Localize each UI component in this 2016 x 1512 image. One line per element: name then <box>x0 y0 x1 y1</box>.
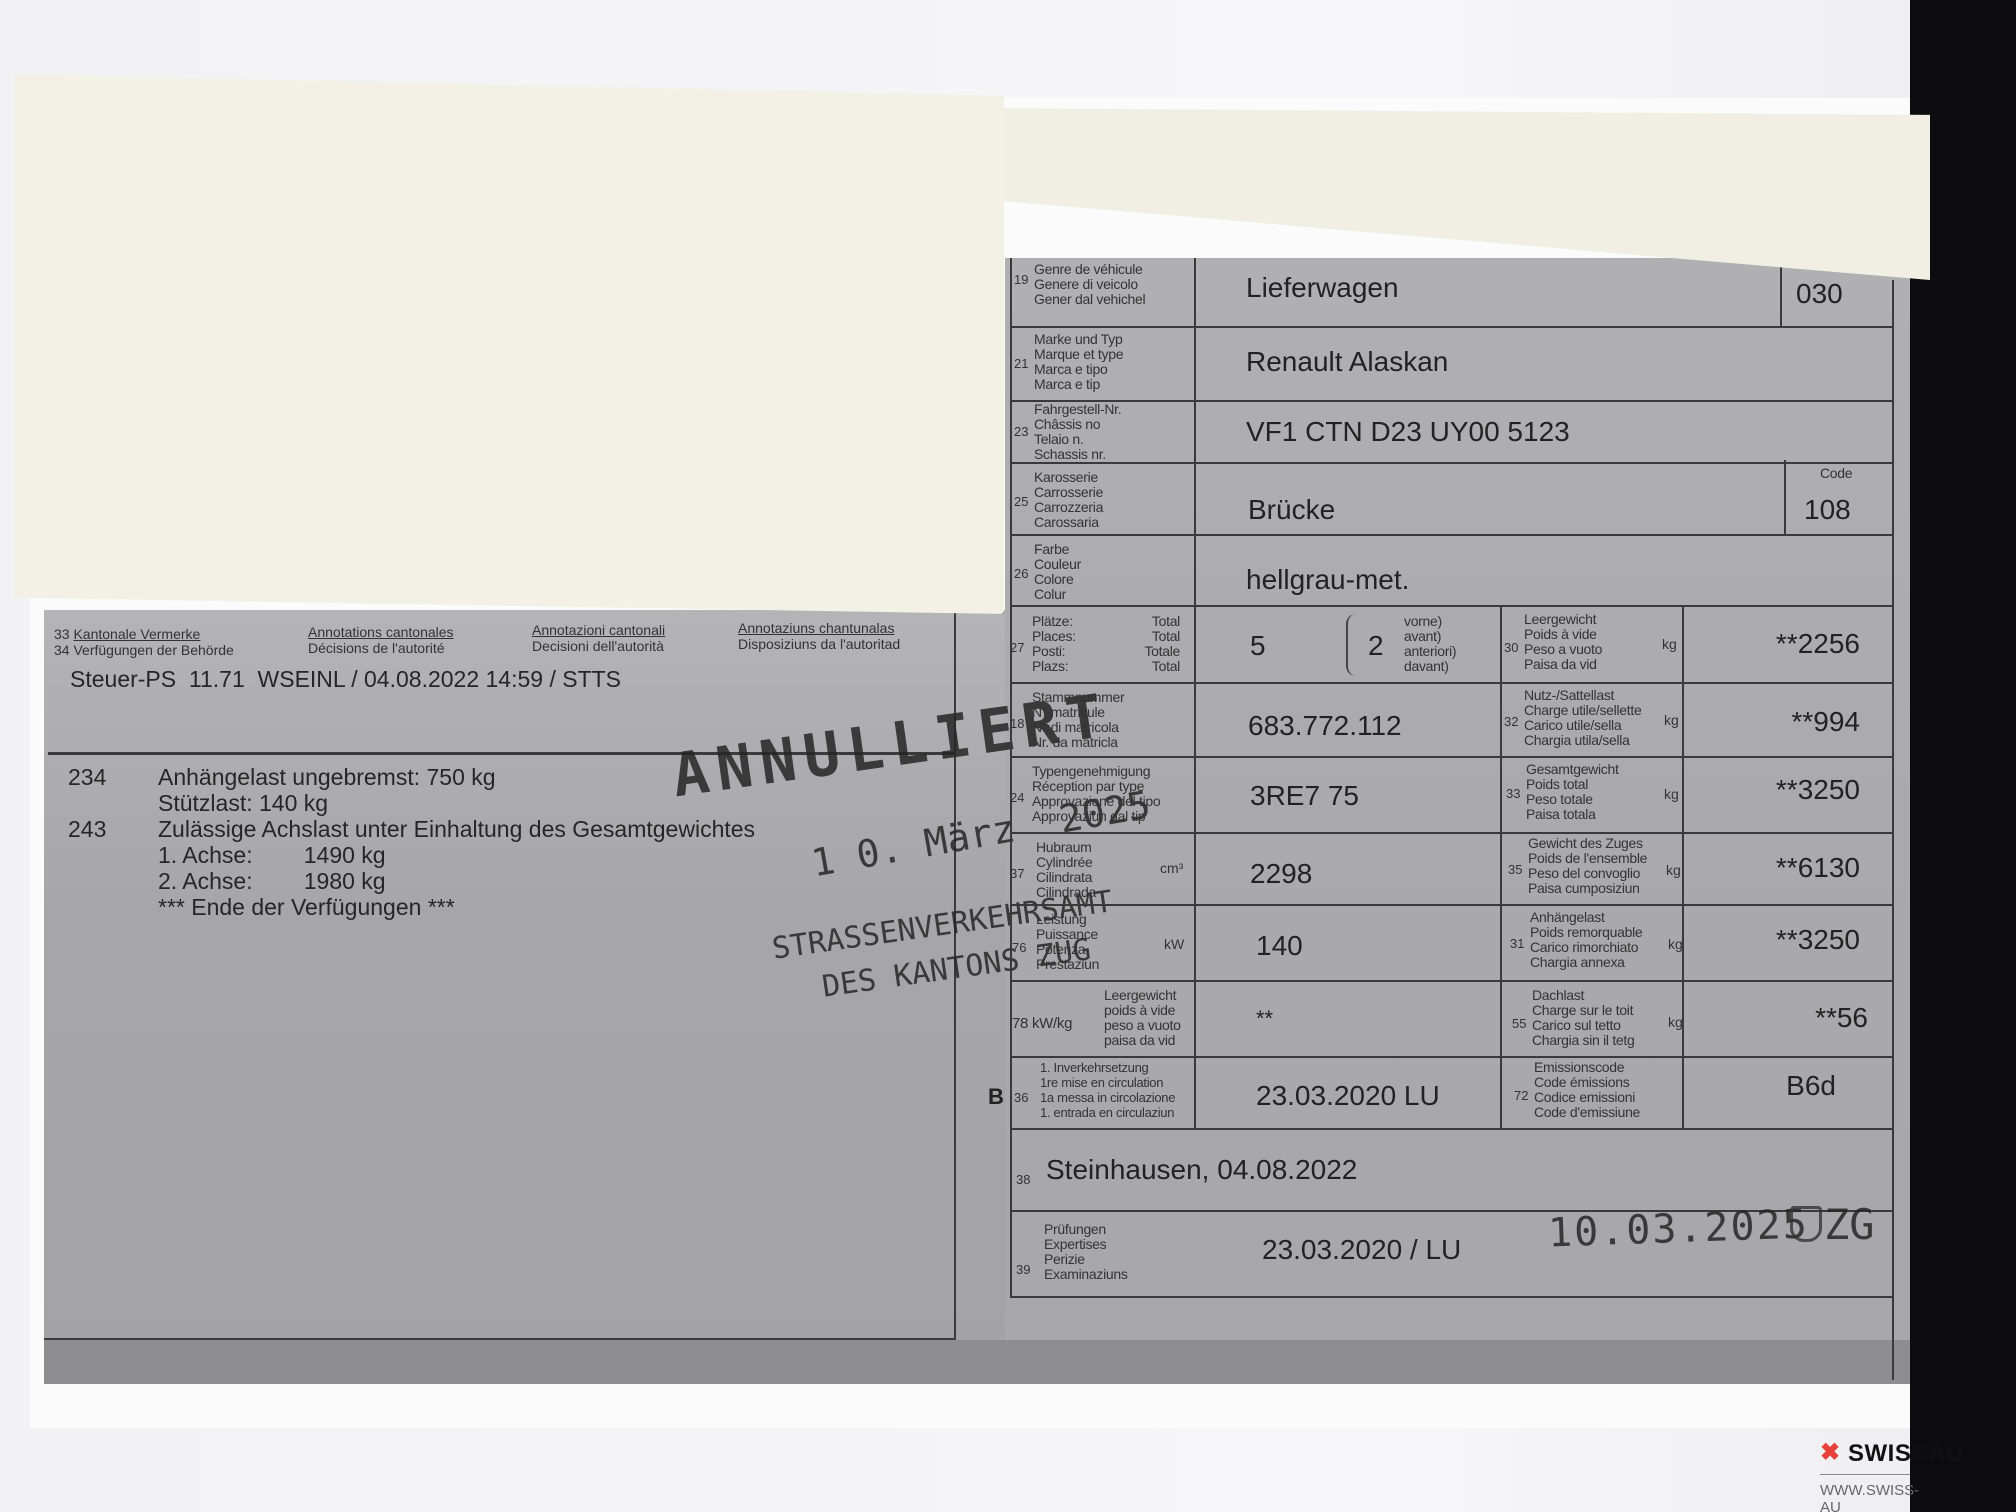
unit-kg: kg <box>1668 936 1683 952</box>
label-line: Carossaria <box>1034 515 1103 530</box>
place-date-value: Steinhausen, 04.08.2022 <box>1046 1154 1357 1186</box>
label-line: Colore <box>1034 572 1081 587</box>
label-line: 1a messa in circolazione <box>1040 1090 1175 1105</box>
watermark-brand: SWISSAU <box>1848 1440 1964 1468</box>
label-line: Puissance <box>1036 927 1099 942</box>
label-line: Cylindrée <box>1036 855 1096 870</box>
field-number: 26 <box>1014 566 1028 581</box>
annotation-text: Anhängelast ungebremst: 750 kg <box>158 764 496 790</box>
label-line: davant) <box>1404 659 1456 674</box>
label-line: Approvaziun dal tip <box>1032 809 1160 824</box>
label-line: Peso del convoglio <box>1528 866 1647 881</box>
field-27-total-labels: Total Total Totale Total <box>1140 614 1180 674</box>
train-weight-value: **6130 <box>1690 852 1860 884</box>
field-78-label: 78 kW/kg <box>1012 1016 1072 1031</box>
field-19-labels: Genre de véhicule Genere di veicolo Gene… <box>1034 262 1145 307</box>
field-21-labels: Marke und Typ Marque et type Marca e tip… <box>1034 332 1123 392</box>
annotation-text: *** Ende der Verfügungen *** <box>158 894 455 920</box>
field-27-front-labels: vorne) avant) anteriori) davant) <box>1404 614 1456 674</box>
label-line: Telaio n. <box>1034 432 1121 447</box>
label-line: peso a vuoto <box>1104 1018 1181 1033</box>
header-rm: Annotaziuns chantunalas Disposiziuns da … <box>738 620 900 652</box>
label-line: Marca e tip <box>1034 377 1123 392</box>
label-line: Prestaziun <box>1036 957 1099 972</box>
label-main: kW/kg <box>1032 1015 1072 1032</box>
divider <box>1010 1056 1894 1058</box>
brace-icon <box>1346 614 1362 676</box>
roof-load-value: **56 <box>1690 1002 1868 1034</box>
annotation-item: Stützlast: 140 kg <box>68 790 755 816</box>
header-row-33: 33 Kantonale Vermerke <box>54 626 200 642</box>
label-line: Poids remorquable <box>1530 925 1642 940</box>
gross-weight-value: **3250 <box>1690 774 1860 806</box>
divider <box>1010 605 1894 607</box>
body-code-value: 108 <box>1804 494 1851 526</box>
field-number: 32 <box>1504 714 1518 729</box>
label-line: Nr. da matricla <box>1032 735 1124 750</box>
exam-stamp-date: 10.03.2025 <box>1547 1201 1809 1256</box>
annotation-text: 2. Achse: 1980 kg <box>158 868 386 894</box>
field-27-labels: Plätze: Places: Posti: Plazs: <box>1032 614 1076 674</box>
label-line: Marca e tipo <box>1034 362 1123 377</box>
divider <box>1010 258 1012 1298</box>
annotation-text: Stützlast: 140 kg <box>158 790 328 816</box>
label-line: Paisa cumposiziun <box>1528 881 1647 896</box>
header-fr: Annotations cantonales Décisions de l'au… <box>308 624 454 656</box>
divider <box>1820 1474 1910 1475</box>
label-line: Poids à vide <box>1524 627 1602 642</box>
field-number: 24 <box>1010 790 1024 805</box>
vehicle-type-value: Lieferwagen <box>1246 272 1399 304</box>
annotation-text: 1. Achse: 1490 kg <box>158 842 386 868</box>
label-line: Paisa totala <box>1526 807 1619 822</box>
field-55-labels: Dachlast Charge sur le toit Carico sul t… <box>1532 988 1634 1048</box>
unit-kg: kg <box>1664 786 1679 802</box>
label-line: Peso totale <box>1526 792 1619 807</box>
divider <box>1010 326 1894 328</box>
divider <box>1780 258 1782 328</box>
label-line: Leistung <box>1036 912 1099 927</box>
header-it-33: Annotazioni cantonali <box>532 622 665 638</box>
field-25-labels: Karosserie Carrosserie Carrozzeria Caros… <box>1034 470 1103 530</box>
field-24-labels: Typengenehmigung Réception par type Appr… <box>1032 764 1160 824</box>
label-line: Total <box>1140 659 1180 674</box>
seats-front-value: 2 <box>1368 630 1384 662</box>
label-line: Code d'emissiune <box>1534 1105 1640 1120</box>
label-line: Carico rimorchiato <box>1530 940 1642 955</box>
divider <box>1010 904 1894 906</box>
field-number: 36 <box>1014 1090 1028 1105</box>
label-line: vorne) <box>1404 614 1456 629</box>
label-line: Gewicht des Zuges <box>1528 836 1647 851</box>
label-line: Hubraum <box>1036 840 1096 855</box>
label-line: Perizie <box>1044 1252 1128 1267</box>
label-line: Paisa da vid <box>1524 657 1602 672</box>
header-de: Kantonale Vermerke <box>73 626 200 642</box>
paper-sticker-cover <box>14 74 1004 614</box>
label-line: Approvazione del tipo <box>1032 794 1160 809</box>
label-line: Potenza <box>1036 942 1099 957</box>
field-number: 21 <box>1014 356 1028 371</box>
label-line: Cilindrada <box>1036 885 1096 900</box>
label-line: Colur <box>1034 587 1081 602</box>
label-line: Karosserie <box>1034 470 1103 485</box>
label-line: Genere di veicolo <box>1034 277 1145 292</box>
power-weight-value: ** <box>1256 1006 1273 1032</box>
field-72-labels: Emissionscode Code émissions Codice emis… <box>1534 1060 1640 1120</box>
canton-shield-icon <box>1790 1206 1822 1242</box>
field-number: 31 <box>1510 936 1524 951</box>
displacement-value: 2298 <box>1250 858 1312 890</box>
field-31-labels: Anhängelast Poids remorquable Carico rim… <box>1530 910 1642 970</box>
divider <box>1010 756 1894 758</box>
annotation-item: 234Anhängelast ungebremst: 750 kg <box>68 764 755 790</box>
divider <box>1010 682 1894 684</box>
tax-line: Steuer-PS 11.71 WSEINL / 04.08.2022 14:5… <box>70 666 621 692</box>
header-num: 34 <box>54 642 70 658</box>
inspection-value: 23.03.2020 / LU <box>1262 1234 1461 1266</box>
power-value: 140 <box>1256 930 1303 962</box>
label-line: 1. Inverkehrsetzung <box>1040 1060 1175 1075</box>
label-line: N° matricule <box>1032 705 1124 720</box>
field-35-labels: Gewicht des Zuges Poids de l'ensemble Pe… <box>1528 836 1647 896</box>
empty-weight-value: **2256 <box>1690 628 1860 660</box>
divider <box>1010 534 1894 536</box>
label-line: poids à vide <box>1104 1003 1181 1018</box>
field-number: 33 <box>1506 786 1520 801</box>
label-line: Schassis nr. <box>1034 447 1121 462</box>
header-fr-34: Décisions de l'autorité <box>308 640 454 656</box>
divider <box>1010 400 1894 402</box>
document-shadow-band <box>44 1340 1910 1384</box>
unit-kg: kg <box>1662 636 1677 652</box>
divider <box>1010 1128 1894 1130</box>
label-line: Plätze: <box>1032 614 1076 629</box>
label-line: Fahrgestell-Nr. <box>1034 402 1121 417</box>
label-line: Couleur <box>1034 557 1081 572</box>
divider <box>1010 832 1894 834</box>
annotation-text: Zulässige Achslast unter Einhaltung des … <box>158 816 755 842</box>
field-number: 78 <box>1012 1015 1028 1032</box>
label-line: Réception par type <box>1032 779 1160 794</box>
unit-kg: kg <box>1664 712 1679 728</box>
header-rm-33: Annotaziuns chantunalas <box>738 620 900 636</box>
label-line: Chargia sin il tetg <box>1532 1033 1634 1048</box>
payload-value: **994 <box>1690 706 1860 738</box>
canton-stamp: ZG <box>1824 1200 1875 1249</box>
label-line: Anhängelast <box>1530 910 1642 925</box>
label-line: avant) <box>1404 629 1456 644</box>
header-fr-33: Annotations cantonales <box>308 624 454 640</box>
label-line: Cilindrata <box>1036 870 1096 885</box>
unit-cm3: cm³ <box>1160 860 1183 876</box>
header-num: 33 <box>54 626 70 642</box>
label-line: Carrozzeria <box>1034 500 1103 515</box>
annotation-item: 2. Achse: 1980 kg <box>68 868 755 894</box>
label-line: Marke und Typ <box>1034 332 1123 347</box>
label-line: Totale <box>1140 644 1180 659</box>
label-line: Peso a vuoto <box>1524 642 1602 657</box>
annotation-list: 234Anhängelast ungebremst: 750 kg Stützl… <box>68 764 755 920</box>
label-line: Poids total <box>1526 777 1619 792</box>
label-line: Expertises <box>1044 1237 1128 1252</box>
field-76-labels: Leistung Puissance Potenza Prestaziun <box>1036 912 1099 972</box>
label-line: Code émissions <box>1534 1075 1640 1090</box>
field-32-labels: Nutz-/Sattellast Charge utile/sellette C… <box>1524 688 1641 748</box>
label-line: N° di matricola <box>1032 720 1124 735</box>
label-line: Posti: <box>1032 644 1076 659</box>
unit-kg: kg <box>1668 1014 1683 1030</box>
label-line: Chargia annexa <box>1530 955 1642 970</box>
master-number-value: 683.772.112 <box>1248 710 1402 742</box>
label-line: Leergewicht <box>1104 988 1181 1003</box>
label-line: Gener dal vehichel <box>1034 292 1145 307</box>
annotation-code: 234 <box>68 764 158 790</box>
watermark-url: WWW.SWISS-AU <box>1820 1482 1919 1512</box>
label-line: Chargia utila/sella <box>1524 733 1641 748</box>
field-78-labels: Leergewicht poids à vide peso a vuoto pa… <box>1104 988 1181 1048</box>
label-line: Emissionscode <box>1534 1060 1640 1075</box>
label-line: Leergewicht <box>1524 612 1602 627</box>
label-line: Dachlast <box>1532 988 1634 1003</box>
field-number: 55 <box>1512 1016 1526 1031</box>
color-value: hellgrau-met. <box>1246 564 1409 596</box>
label-line: Examinaziuns <box>1044 1267 1128 1282</box>
label-line: Charge sur le toit <box>1532 1003 1634 1018</box>
divider <box>1010 980 1894 982</box>
divider <box>1010 1296 1894 1298</box>
first-registration-value: 23.03.2020 LU <box>1256 1080 1440 1112</box>
field-39-labels: Prüfungen Expertises Perizie Examinaziun… <box>1044 1222 1128 1282</box>
annotation-code: 243 <box>68 816 158 842</box>
divider <box>1784 460 1786 536</box>
label-line: anteriori) <box>1404 644 1456 659</box>
annotation-item: 243Zulässige Achslast unter Einhaltung d… <box>68 816 755 842</box>
seats-total-value: 5 <box>1250 630 1266 662</box>
swiss-cross-icon: ✖ <box>1820 1442 1842 1464</box>
divider <box>1194 258 1196 1128</box>
code-label: Code <box>1820 466 1852 481</box>
label-line: Farbe <box>1034 542 1081 557</box>
label-line: Carico sul tetto <box>1532 1018 1634 1033</box>
divider <box>1892 280 1894 1380</box>
b-marker: B <box>988 1084 1004 1110</box>
header-row-34: 34 Verfügungen der Behörde <box>54 642 234 658</box>
field-36-labels: 1. Inverkehrsetzung 1re mise en circulat… <box>1040 1060 1175 1120</box>
label-line: 1re mise en circulation <box>1040 1075 1175 1090</box>
label-line: Gesamtgewicht <box>1526 762 1619 777</box>
header-de: Verfügungen der Behörde <box>73 642 233 658</box>
field-number: 37 <box>1010 866 1024 881</box>
unit-kw: kW <box>1164 936 1184 952</box>
label-line: Places: <box>1032 629 1076 644</box>
body-type-value: Brücke <box>1248 494 1335 526</box>
label-line: Total <box>1140 629 1180 644</box>
field-number: 19 <box>1014 272 1028 287</box>
annotation-item: 1. Achse: 1490 kg <box>68 842 755 868</box>
label-line: Codice emissioni <box>1534 1090 1640 1105</box>
field-number: 76 <box>1012 940 1026 955</box>
unit-kg: kg <box>1666 862 1681 878</box>
make-model-value: Renault Alaskan <box>1246 346 1448 378</box>
field-number: 25 <box>1014 494 1028 509</box>
divider <box>1010 462 1894 464</box>
label-line: Carrosserie <box>1034 485 1103 500</box>
label-line: 1. entrada en circulaziun <box>1040 1105 1175 1120</box>
field-23-labels: Fahrgestell-Nr. Châssis no Telaio n. Sch… <box>1034 402 1121 462</box>
label-line: Plazs: <box>1032 659 1076 674</box>
label-line: Châssis no <box>1034 417 1121 432</box>
towing-capacity-value: **3250 <box>1690 924 1860 956</box>
vehicle-type-code: 030 <box>1796 278 1843 310</box>
label-line: Genre de véhicule <box>1034 262 1145 277</box>
header-rm-34: Disposiziuns da l'autoritad <box>738 636 900 652</box>
field-number: 30 <box>1504 640 1518 655</box>
field-30-labels: Leergewicht Poids à vide Peso a vuoto Pa… <box>1524 612 1602 672</box>
field-26-labels: Farbe Couleur Colore Colur <box>1034 542 1081 602</box>
field-number: 23 <box>1014 424 1028 439</box>
field-number: 72 <box>1514 1088 1528 1103</box>
label-line: Charge utile/sellette <box>1524 703 1641 718</box>
chassis-number-value: VF1 CTN D23 UY00 5123 <box>1246 416 1570 448</box>
label-line: paisa da vid <box>1104 1033 1181 1048</box>
emission-code-value: B6d <box>1690 1070 1836 1102</box>
field-number: 27 <box>1010 640 1024 655</box>
annotation-item: *** Ende der Verfügungen *** <box>68 894 755 920</box>
label-line: Nutz-/Sattellast <box>1524 688 1641 703</box>
field-number: 18 <box>1010 716 1024 731</box>
field-number: 35 <box>1508 862 1522 877</box>
type-approval-value: 3RE7 75 <box>1250 780 1359 812</box>
label-line: Carico utile/sella <box>1524 718 1641 733</box>
label-line: Typengenehmigung <box>1032 764 1160 779</box>
label-line: Prüfungen <box>1044 1222 1128 1237</box>
field-number: 38 <box>1016 1172 1030 1187</box>
header-it: Annotazioni cantonali Decisioni dell'aut… <box>532 622 665 654</box>
field-18-labels: Stammnummer N° matricule N° di matricola… <box>1032 690 1124 750</box>
header-it-34: Decisioni dell'autorità <box>532 638 665 654</box>
field-number: 39 <box>1016 1262 1030 1277</box>
label-line: Poids de l'ensemble <box>1528 851 1647 866</box>
field-33-labels: Gesamtgewicht Poids total Peso totale Pa… <box>1526 762 1619 822</box>
label-line: Marque et type <box>1034 347 1123 362</box>
field-37-labels: Hubraum Cylindrée Cilindrata Cilindrada <box>1036 840 1096 900</box>
divider <box>44 1338 956 1340</box>
label-line: Stammnummer <box>1032 690 1124 705</box>
label-line: Total <box>1140 614 1180 629</box>
